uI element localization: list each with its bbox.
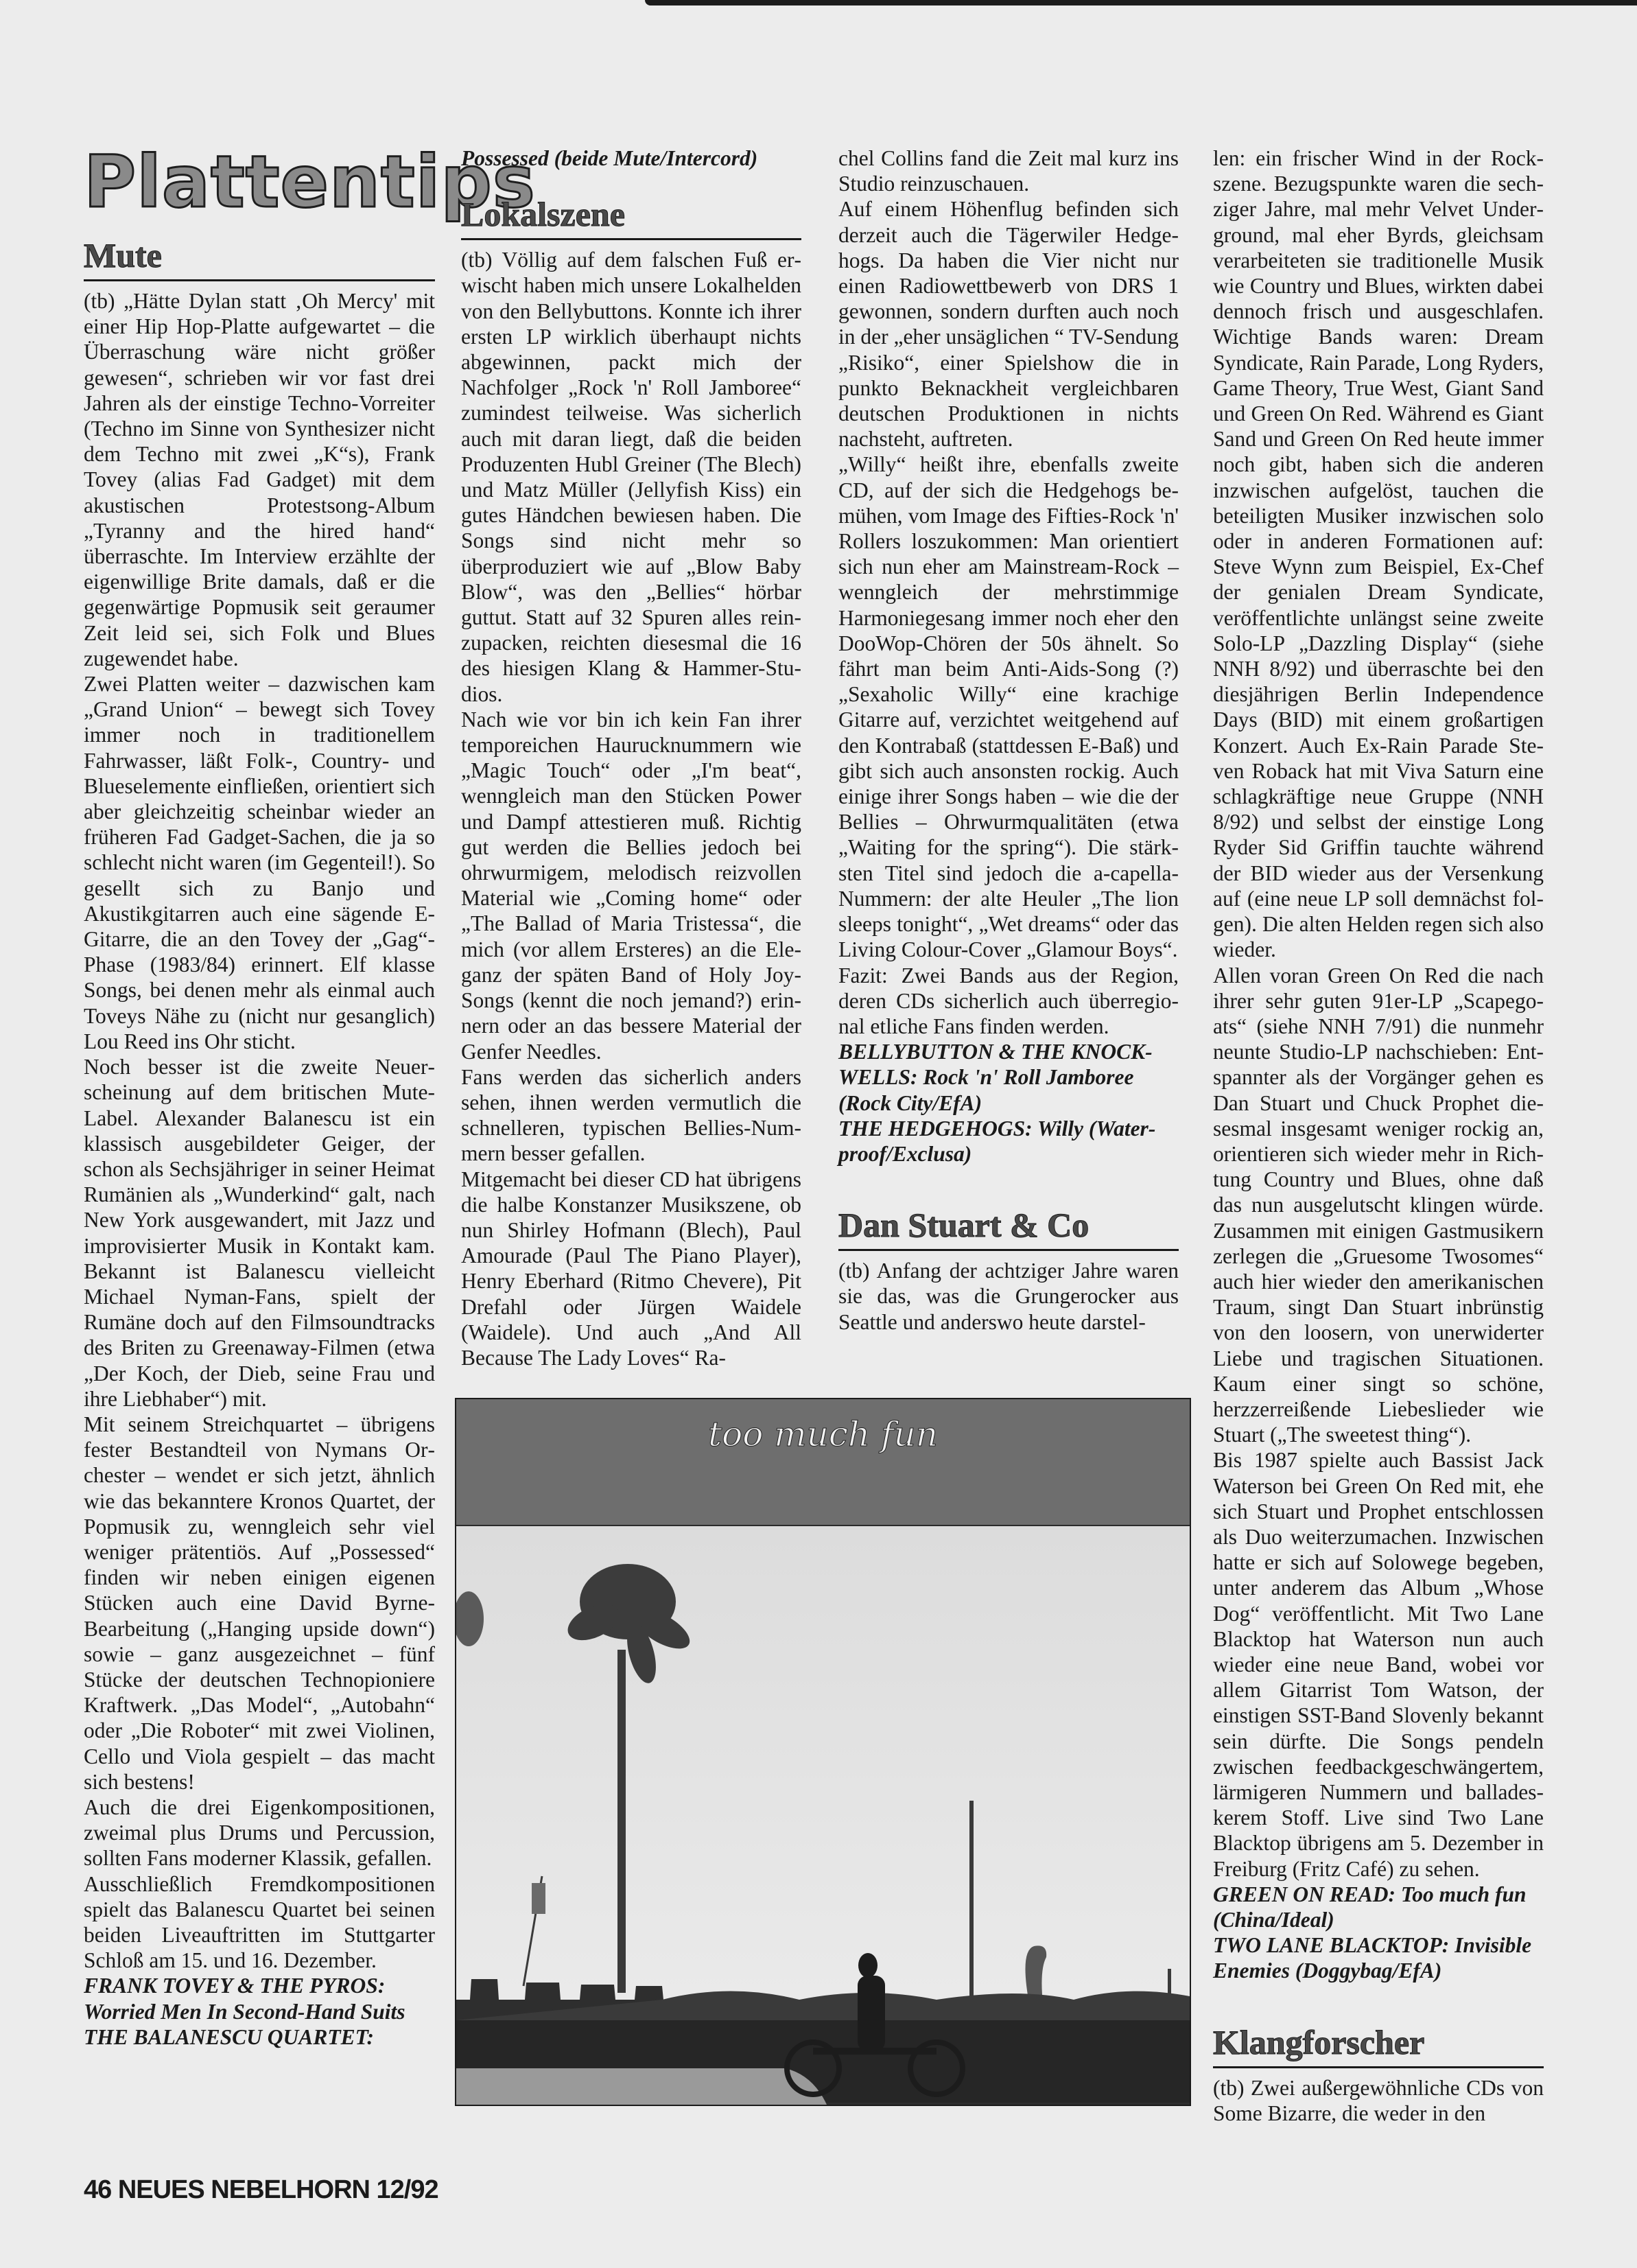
column-1: Plattentips Mute (tb) „Hätte Dylan statt… <box>84 141 435 2050</box>
paragraph: len: ein frischer Wind in der Rock­szene… <box>1213 145 1544 963</box>
paragraph: Nach wie vor bin ich kein Fan ihrer temp… <box>461 707 801 1064</box>
album-credit: THE BALANESCU QUARTET: <box>84 2024 435 2050</box>
paragraph: (tb) „Hätte Dylan statt ‚Oh Mercy' mit e… <box>84 288 435 671</box>
paragraph: Fans werden das sicherlich anders sehen,… <box>461 1064 801 1167</box>
album-credit: GREEN ON READ: Too much fun (China/Ideal… <box>1213 1882 1544 1932</box>
paragraph: Noch besser ist die zweite Neuer­scheinu… <box>84 1054 435 1412</box>
paragraph: Mitgemacht bei dieser CD hat übri­gens d… <box>461 1167 801 1371</box>
album-credit: THE HEDGEHOGS: Willy (Water­proof/Exclus… <box>838 1116 1179 1167</box>
album-credit-continued: Possessed (beide Mute/Intercord) <box>461 145 801 171</box>
photo-title: too much fun <box>456 1414 1190 1454</box>
album-credit: FRANK TOVEY & THE PYROS: Worried Men In … <box>84 1973 435 2024</box>
paragraph: Ausschließlich Fremdkompositionen spielt… <box>84 1871 435 1974</box>
section-heading-lokalszene: Lokalszene <box>461 194 801 240</box>
page-footer: 46 NEUES NEBELHORN 12/92 <box>84 2175 438 2205</box>
column-2: Possessed (beide Mute/Intercord) Lokalsz… <box>461 145 801 1370</box>
album-credit: BELLYBUTTON & THE KNOCK­WELLS: Rock 'n' … <box>838 1039 1179 1116</box>
paragraph: Mit seinem Streichquartet – übrigens fes… <box>84 1412 435 1794</box>
paragraph: (tb) Anfang der achtziger Jahre wa­ren s… <box>838 1258 1179 1335</box>
paragraph: Auf einem Höhenflug befinden sich derzei… <box>838 196 1179 452</box>
album-credit: TWO LANE BLACKTOP: Invisible Enemies (Do… <box>1213 1932 1544 1983</box>
paragraph: Allen voran Green On Red die nach ihrer … <box>1213 963 1544 1448</box>
paragraph: Zwei Platten weiter – dazwischen kam „Gr… <box>84 671 435 1054</box>
section-heading-mute: Mute <box>84 235 435 281</box>
section-heading-klangforscher: Klangforscher <box>1213 2022 1544 2068</box>
paragraph: (tb) Zwei außergewöhnliche CDs von Some … <box>1213 2075 1544 2126</box>
paragraph: (tb) Völlig auf dem falschen Fuß er­wisc… <box>461 247 801 707</box>
paragraph: „Willy“ heißt ihre, ebenfalls zweite CD,… <box>838 452 1179 962</box>
column-3: chel Collins fand die Zeit mal kurz ins … <box>838 145 1179 1335</box>
album-cover-photo: too much fun <box>455 1398 1191 2106</box>
paragraph: Auch die drei Eigenkompositionen, zweima… <box>84 1794 435 1871</box>
paragraph: chel Collins fand die Zeit mal kurz ins … <box>838 145 1179 196</box>
photo-scene-illustration <box>456 1526 1190 2105</box>
paragraph: Fazit: Zwei Bands aus der Region, deren … <box>838 963 1179 1040</box>
scan-edge-shadow <box>645 0 1637 5</box>
photo-title-band: too much fun <box>456 1399 1190 1526</box>
section-heading-dan-stuart: Dan Stuart & Co <box>838 1205 1179 1251</box>
column-4: len: ein frischer Wind in der Rock­szene… <box>1213 145 1544 2126</box>
masthead-title: Plattentips <box>84 141 435 223</box>
paragraph: Bis 1987 spielte auch Bassist Jack Water… <box>1213 1447 1544 1881</box>
